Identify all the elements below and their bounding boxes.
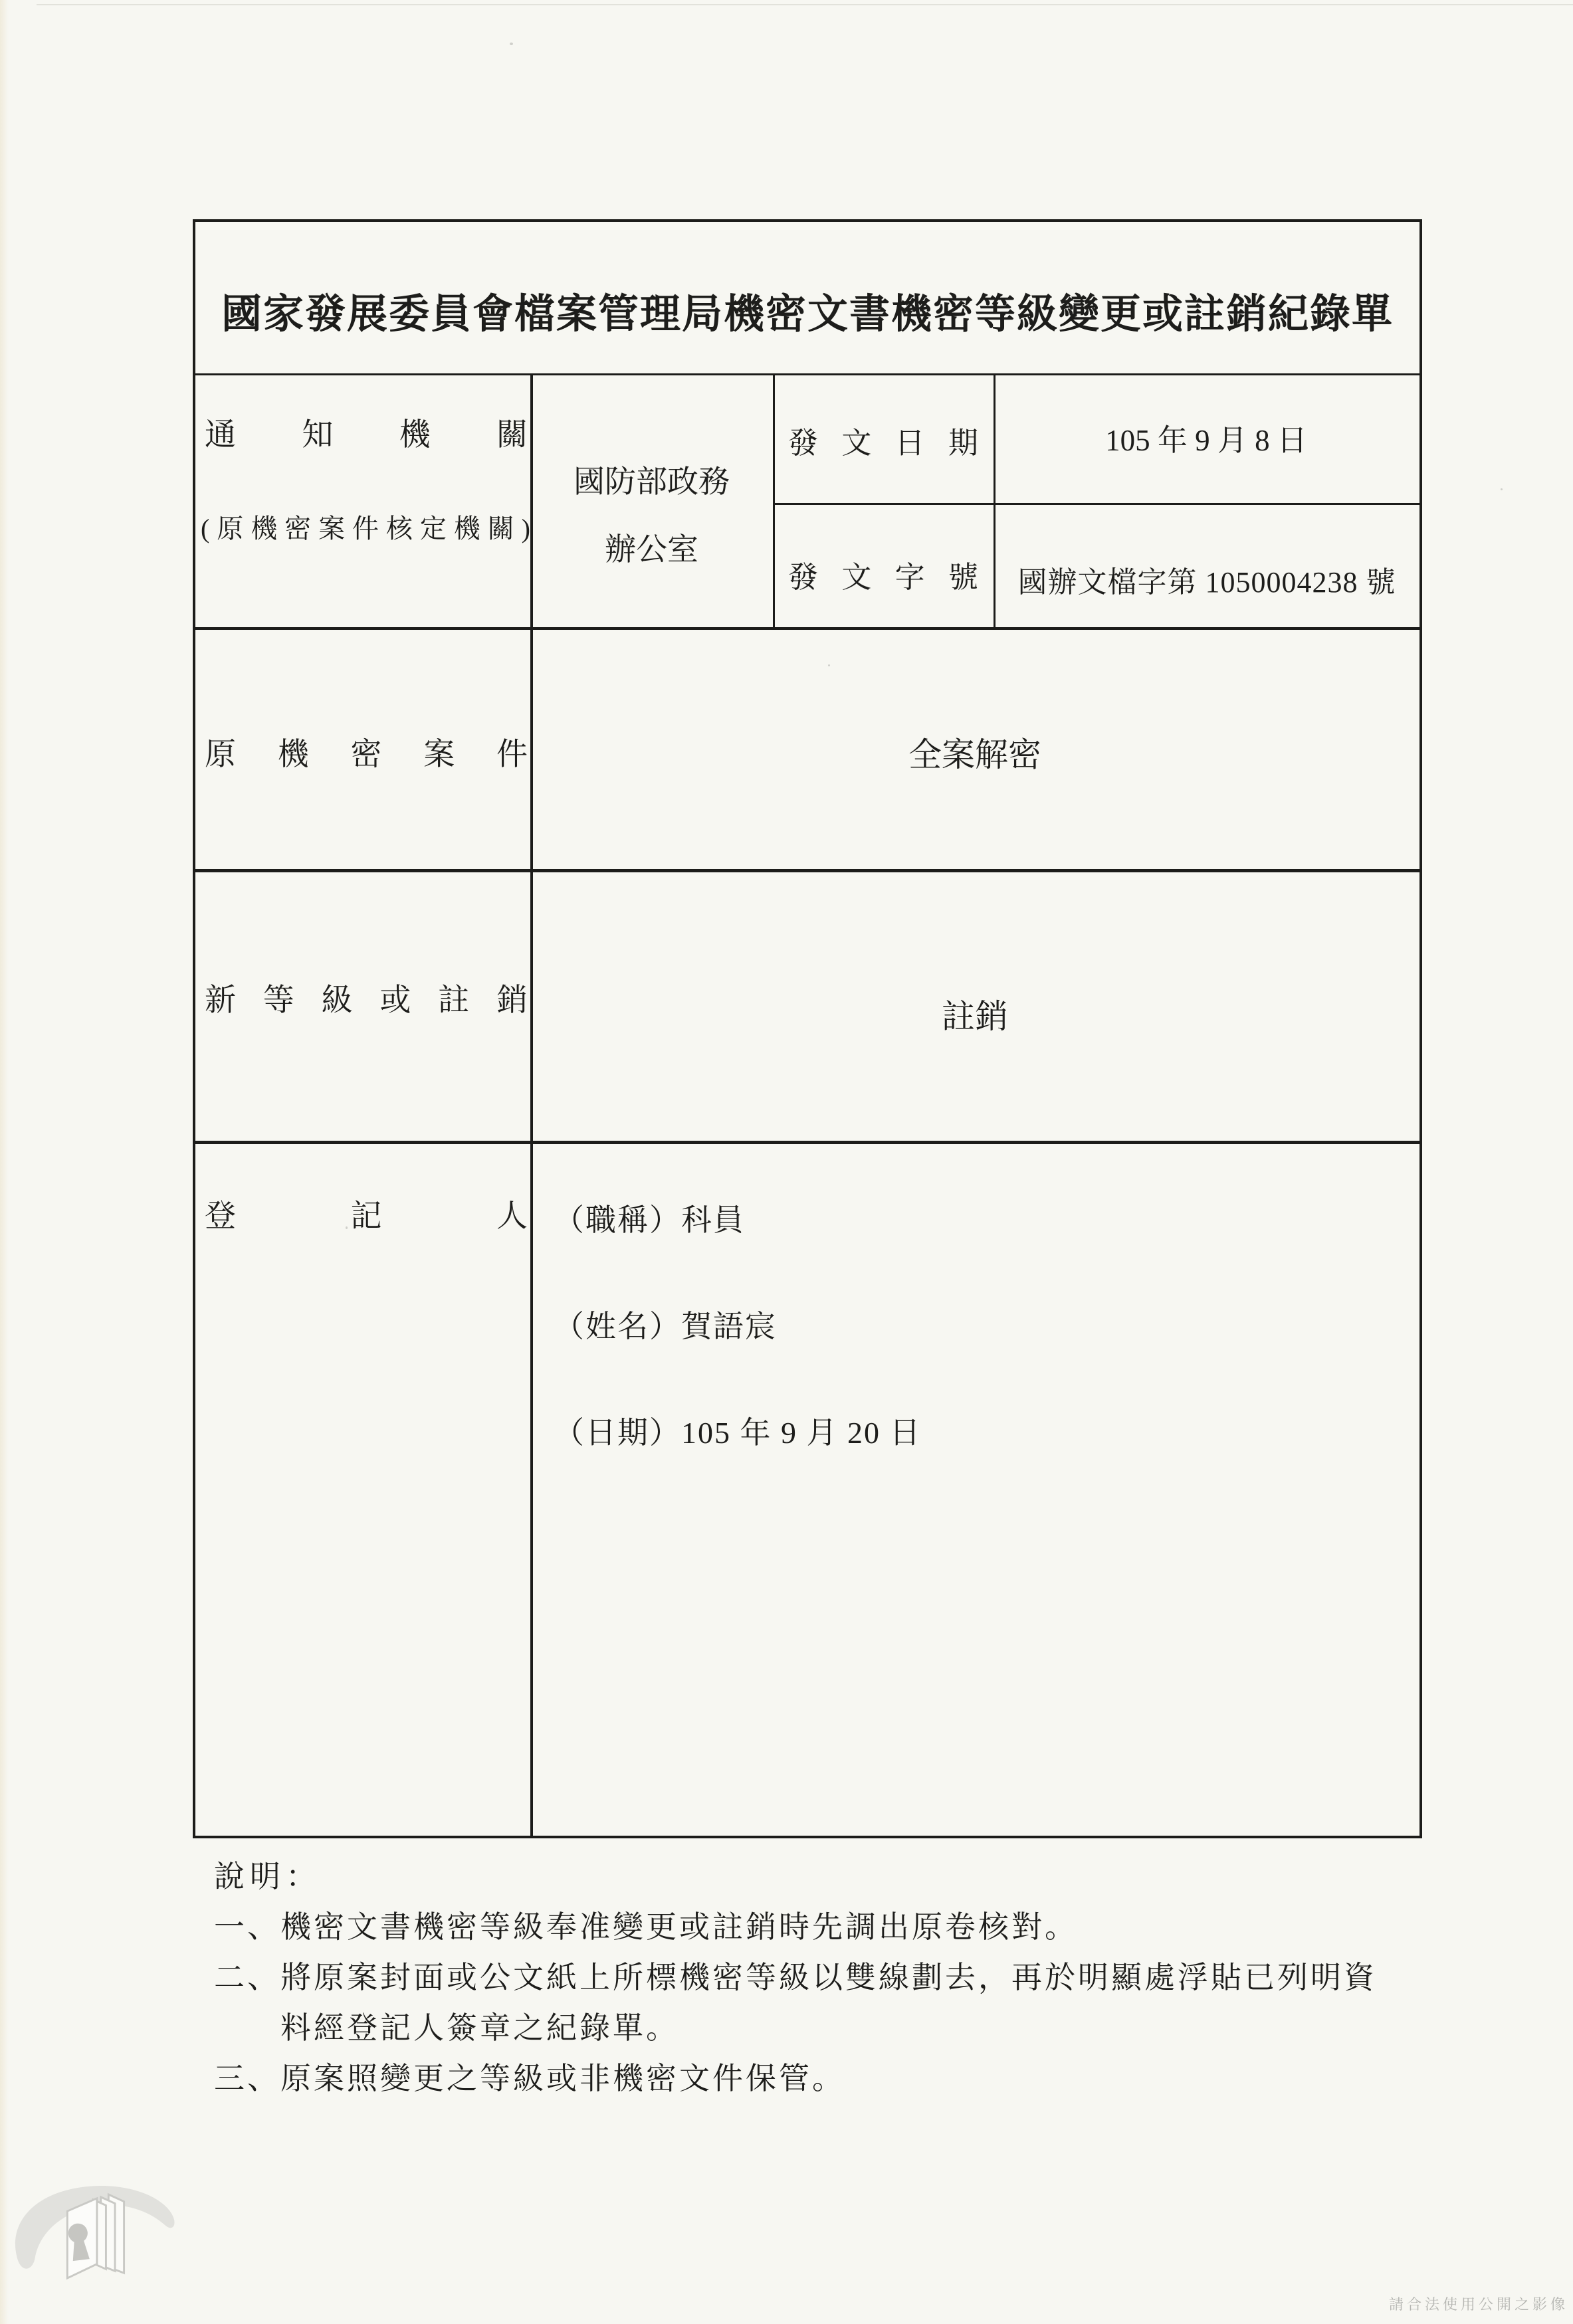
table-line (773, 503, 1419, 505)
registrant-job-title: （職稱）科員 (554, 1196, 745, 1240)
scan-speck (1501, 488, 1503, 490)
registrant-name: （姓名）賀語宸 (554, 1302, 777, 1346)
notify-agency-label: 通知機關 (205, 410, 528, 454)
scan-edge-shadow (0, 0, 9, 2324)
archives-book-keyhole-logo-icon (11, 2180, 178, 2292)
note-text: 原案照變更之等級或非機密文件保管。 (280, 2054, 1397, 2104)
record-form-table: 國家發展委員會檔案管理局機密文書機密等級變更或註銷紀錄單 通知機關 (原機密案件… (193, 219, 1422, 1838)
table-line (195, 627, 1419, 630)
issue-date-value: 105 年 9 月 8 日 (996, 416, 1417, 459)
note-text: 機密文書機密等級奉准變更或註銷時先調出原卷核對。 (280, 1902, 1397, 1953)
note-text: 將原案封面或公文紙上所標機密等級以雙線劃去，再於明顯處浮貼已列明資料經登記人簽章… (280, 1953, 1397, 2054)
registrant-date: （日期）105 年 9 月 20 日 (554, 1408, 922, 1452)
registrant-label: 登記人 (205, 1191, 528, 1236)
note-item: 二、 將原案封面或公文紙上所標機密等級以雙線劃去，再於明顯處浮貼已列明資料經登記… (214, 1953, 1397, 2054)
original-case-value: 全案解密 (530, 728, 1419, 776)
issue-date-label: 發文日期 (788, 419, 978, 462)
table-line (530, 373, 533, 1836)
table-line (195, 869, 1419, 872)
new-level-label: 新等級或註銷 (205, 975, 528, 1020)
scan-artifact-line (37, 4, 1573, 5)
new-level-value: 註銷 (530, 990, 1419, 1038)
note-item: 三、 原案照變更之等級或非機密文件保管。 (214, 2054, 1397, 2104)
notify-agency-value-line1: 國防部政務 (530, 457, 773, 502)
notes-section: 說明： 一、 機密文書機密等級奉准變更或註銷時先調出原卷核對。 二、 將原案封面… (214, 1852, 1397, 2104)
notify-agency-sublabel: (原機密案件核定機關) (201, 508, 530, 545)
form-title: 國家發展委員會檔案管理局機密文書機密等級變更或註銷紀錄單 (215, 282, 1400, 339)
scan-speck (510, 43, 513, 45)
note-marker: 二、 (214, 1953, 280, 2003)
table-line (994, 373, 996, 630)
table-line (773, 373, 775, 630)
notify-agency-value-line2: 辦公室 (530, 525, 773, 569)
note-marker: 一、 (214, 1902, 280, 1953)
table-line (195, 373, 1419, 375)
usage-watermark-note: 請合法使用公開之影像 (1389, 2293, 1568, 2314)
note-item: 一、 機密文書機密等級奉准變更或註銷時先調出原卷核對。 (214, 1902, 1397, 1953)
issue-number-value: 國辦文檔字第 1050004238 號 (997, 558, 1417, 601)
table-line (195, 1141, 1419, 1144)
issue-number-label: 發文字號 (788, 553, 978, 596)
scanned-document-page: 國家發展委員會檔案管理局機密文書機密等級變更或註銷紀錄單 通知機關 (原機密案件… (0, 0, 1573, 2324)
note-marker: 三、 (214, 2054, 280, 2104)
notes-heading: 說明： (214, 1852, 1397, 1902)
original-case-label: 原機密案件 (205, 729, 528, 774)
